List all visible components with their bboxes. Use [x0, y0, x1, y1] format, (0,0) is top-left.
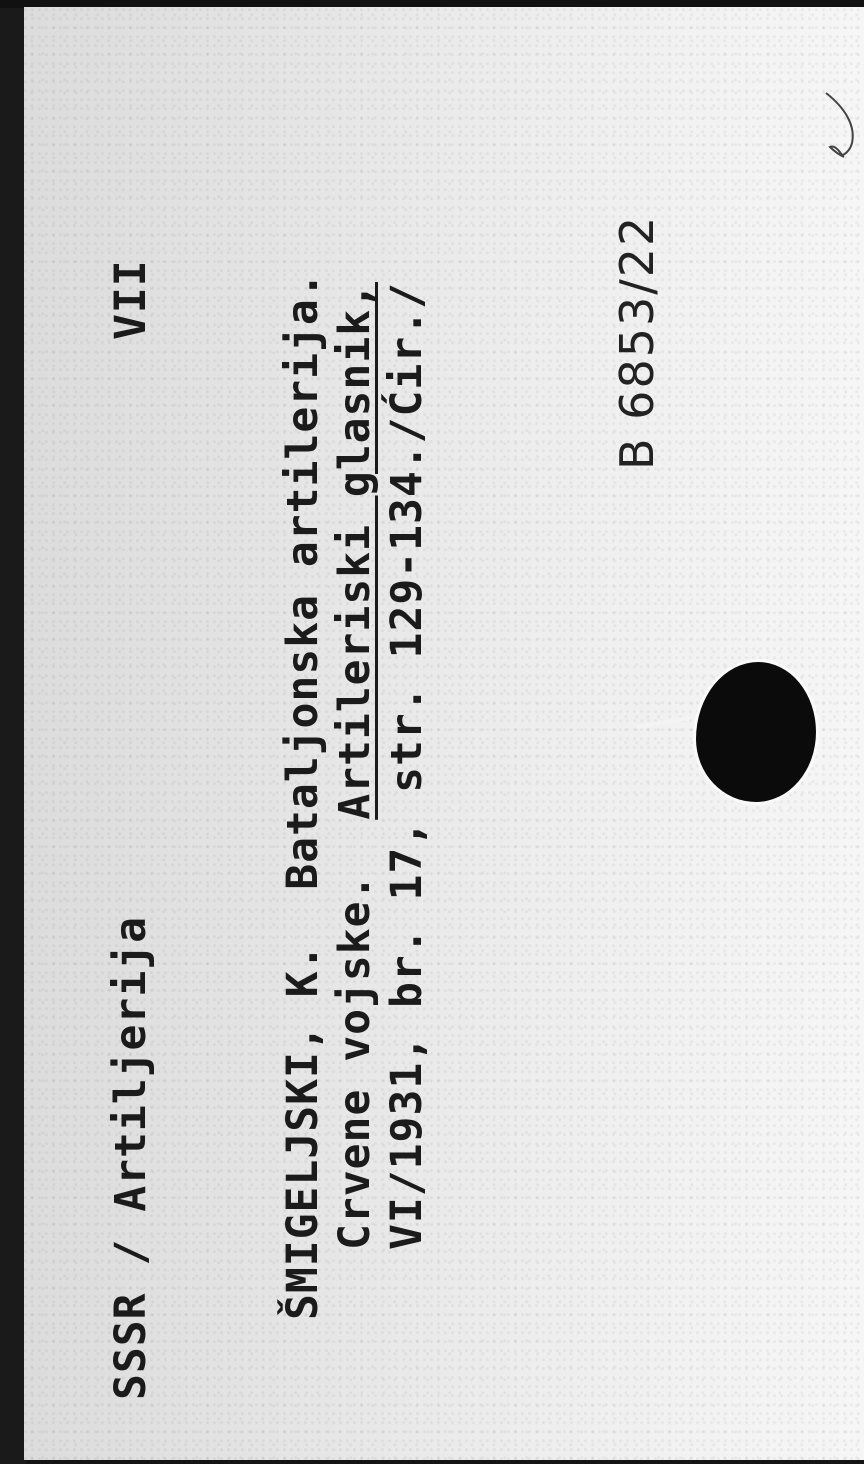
entry-line-3: VI/1931, br. 17, str. 129-134./Ćir./	[386, 282, 429, 1250]
journal-title: Artileriski glasnik,	[330, 282, 380, 820]
title-continuation: Crvene vojske.	[330, 874, 380, 1250]
handwritten-mark-icon	[814, 85, 864, 165]
entry-line-1: ŠMIGELJSKI, K. Bataljonska artilerija.	[282, 271, 325, 1320]
subject-heading: SSSR / Artiljerija	[110, 916, 153, 1400]
call-number: B 6853/22	[614, 215, 660, 470]
issue-info: VI/1931, br. 17,	[382, 820, 432, 1250]
scan-border-left	[0, 0, 26, 1464]
article-title: Bataljonska artilerija.	[278, 271, 328, 889]
author: ŠMIGELJSKI, K.	[278, 944, 328, 1320]
punch-hole	[696, 662, 816, 802]
catalog-card: SSSR / Artiljerija VII ŠMIGELJSKI, K. Ba…	[24, 7, 864, 1460]
entry-line-2: Crvene vojske. Artileriski glasnik,	[334, 282, 377, 1250]
page-range: str. 129-134.	[382, 443, 432, 793]
classification-mark: VII	[110, 259, 153, 340]
script-note: /Ćir./	[382, 282, 432, 443]
